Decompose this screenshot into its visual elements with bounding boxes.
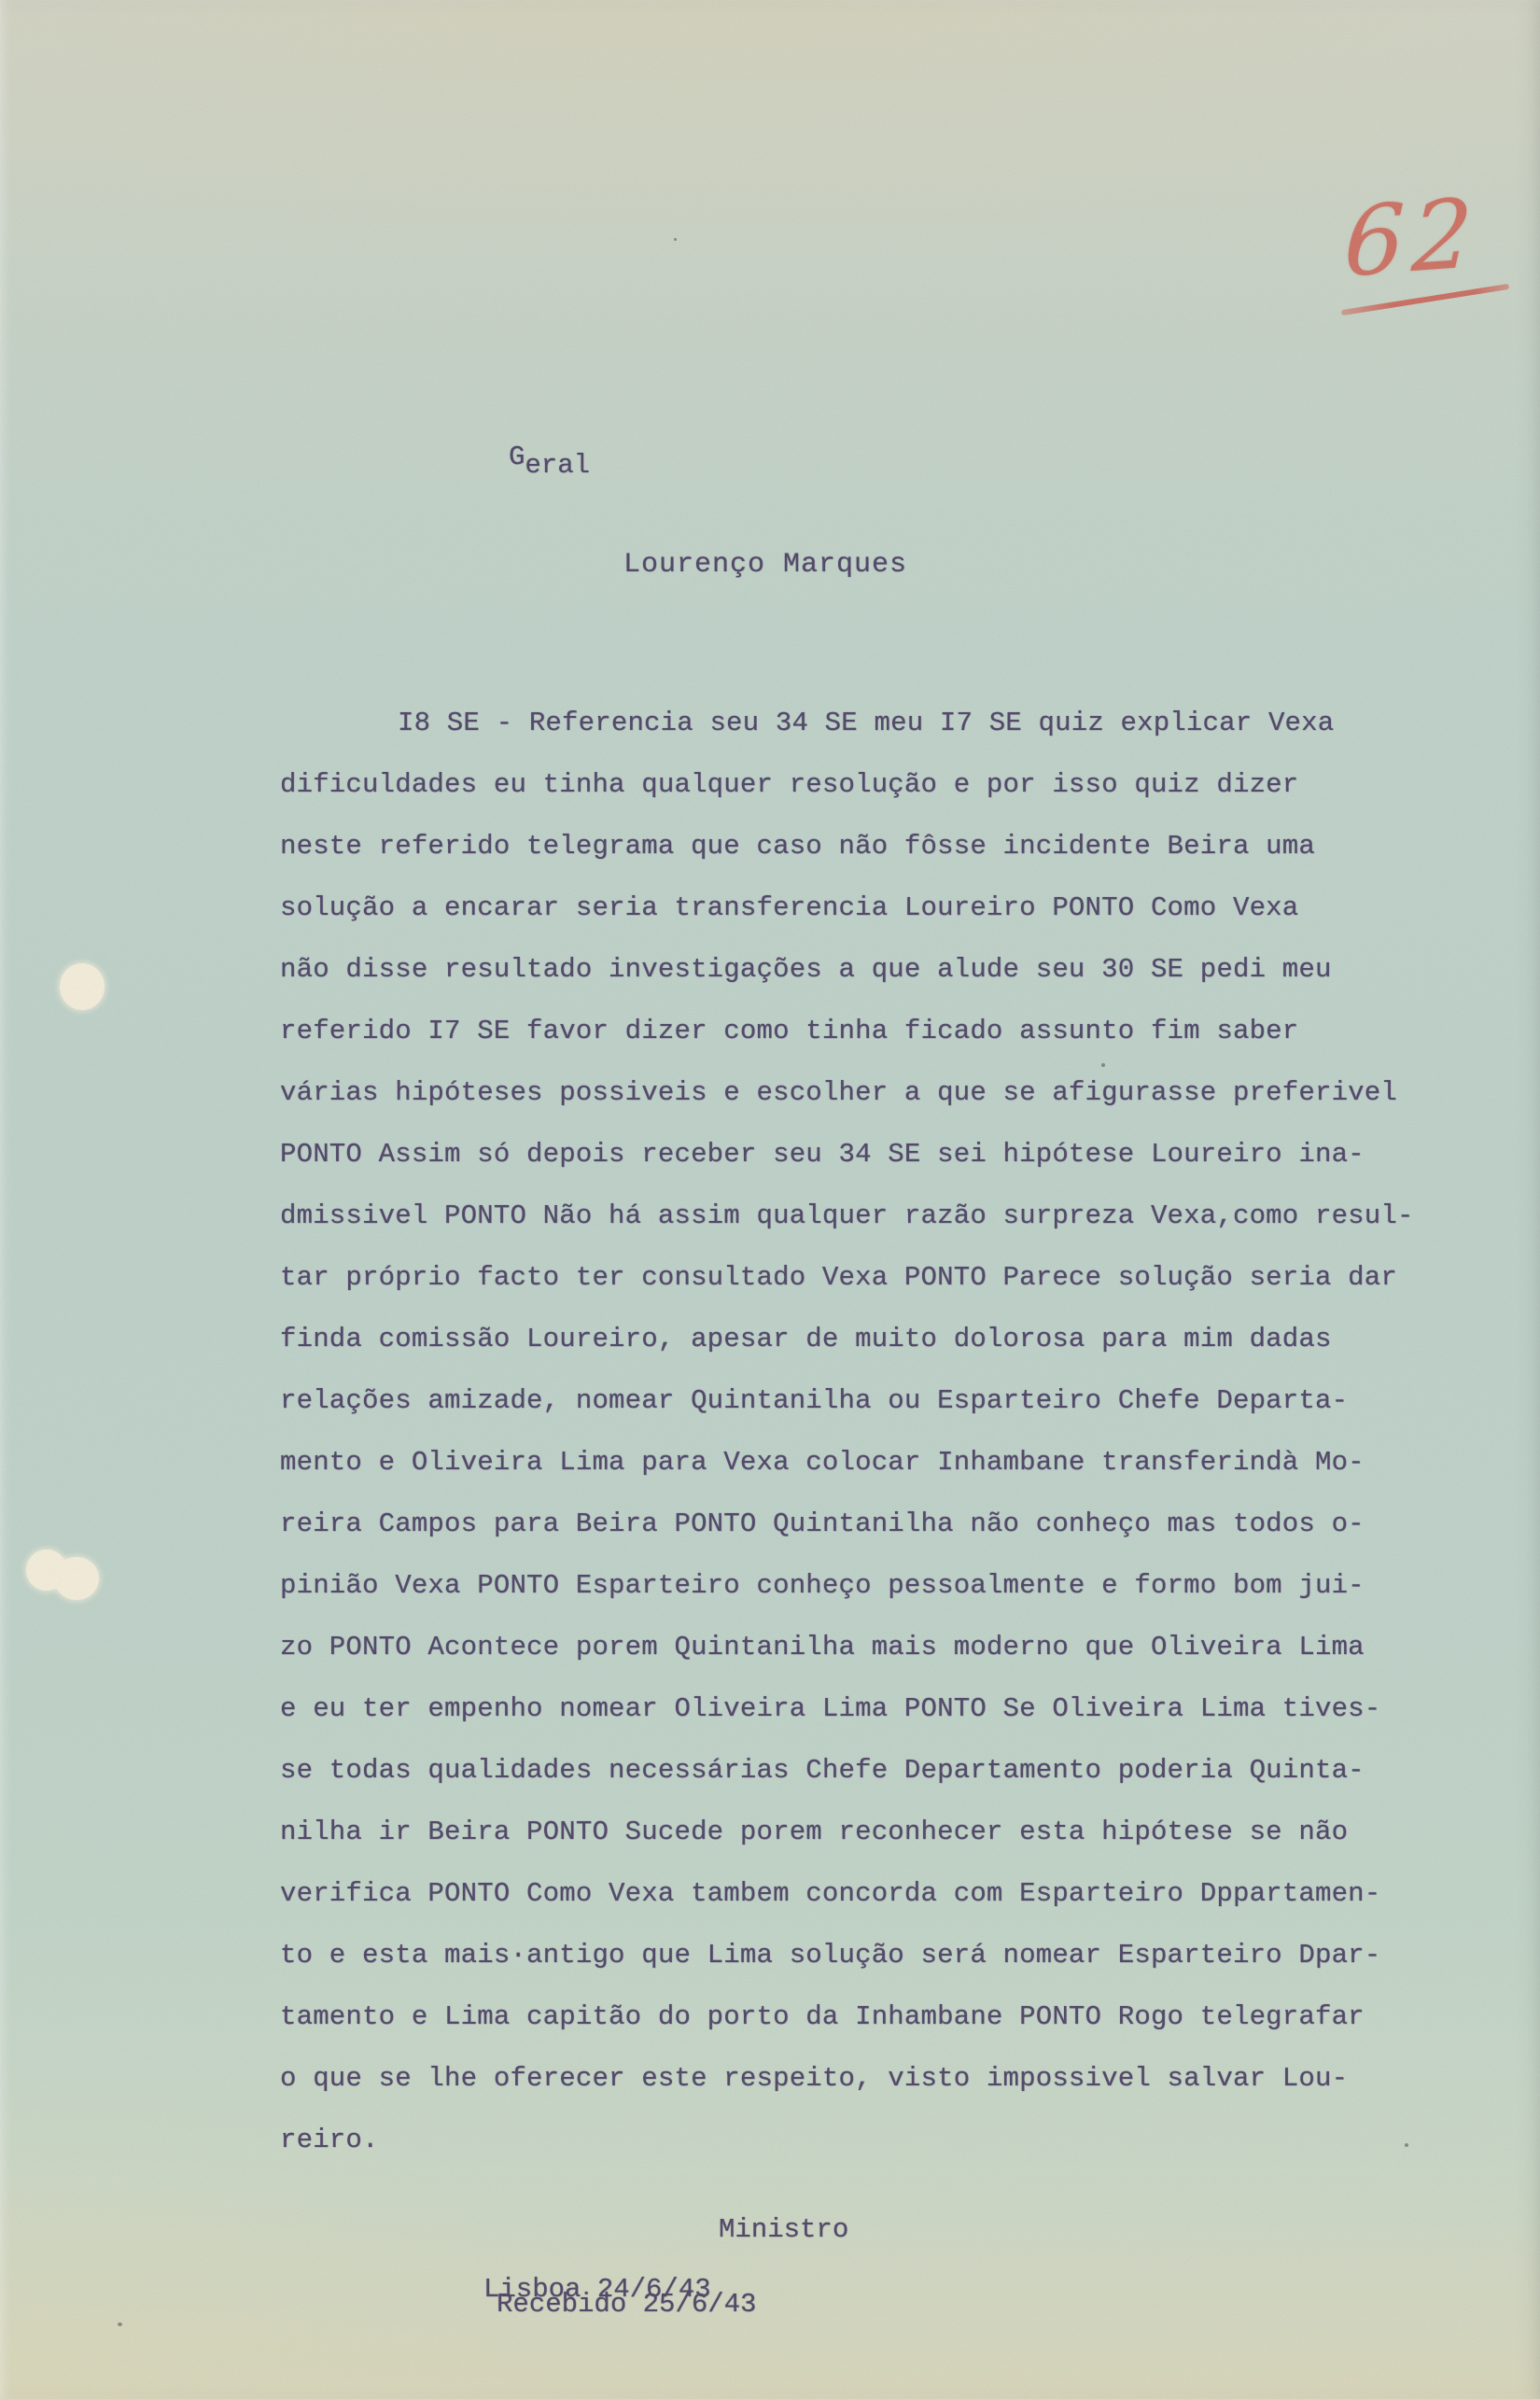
telegram-line: dmissivel PONTO Não há assim qualquer ra… — [280, 1185, 1414, 1247]
page-number-annotation: 62 — [1342, 178, 1482, 300]
paper-speck — [674, 238, 677, 241]
telegram-line: mento e Oliveira Lima para Vexa colocar … — [280, 1432, 1414, 1494]
category-rest: eral — [525, 450, 590, 481]
telegram-line: e eu ter empenho nomear Oliveira Lima PO… — [280, 1678, 1414, 1740]
telegram-line: to e esta mais·antigo que Lima solução s… — [280, 1925, 1414, 1986]
origin-place: Lourenço Marques — [623, 549, 907, 581]
telegram-line: referido I7 SE favor dizer como tinha fi… — [280, 1001, 1414, 1062]
telegram-line: pinião Vexa PONTO Esparteiro conheço pes… — [280, 1555, 1414, 1617]
telegram-line: verifica PONTO Como Vexa tambem concorda… — [280, 1863, 1414, 1925]
telegram-line: solução a encarar seria transferencia Lo… — [280, 877, 1414, 939]
paper-speck — [1405, 2143, 1408, 2147]
telegram-line: I8 SE - Referencia seu 34 SE meu I7 SE q… — [280, 693, 1414, 754]
date-received-line: Recebido 25/6/43 — [497, 2289, 756, 2320]
category-first-letter: G — [509, 442, 525, 472]
telegram-line: reiro. — [280, 2110, 1414, 2171]
telegram-line: nilha ir Beira PONTO Sucede porem reconh… — [280, 1802, 1414, 1863]
telegram-line: zo PONTO Acontece porem Quintanilha mais… — [280, 1617, 1414, 1678]
paper-speck — [118, 2322, 122, 2326]
punch-hole-top — [60, 963, 105, 1010]
telegram-line: não disse resultado investigações a que … — [280, 939, 1414, 1001]
telegram-line: relações amizade, nomear Quintanilha ou … — [280, 1370, 1414, 1432]
telegram-line: reira Campos para Beira PONTO Quintanilh… — [280, 1494, 1414, 1555]
telegram-line: finda comissão Loureiro, apesar de muito… — [280, 1309, 1414, 1370]
page-number-text: 62 — [1342, 178, 1482, 300]
telegram-body: I8 SE - Referencia seu 34 SE meu I7 SE q… — [280, 693, 1414, 2171]
category-label: Geral — [509, 450, 590, 481]
telegram-page: 62 Geral Lourenço Marques I8 SE - Refere… — [0, 0, 1540, 2399]
telegram-line: neste referido telegrama que caso não fô… — [280, 816, 1414, 877]
telegram-line: PONTO Assim só depois receber seu 34 SE … — [280, 1124, 1414, 1185]
telegram-line: se todas qualidades necessárias Chefe De… — [280, 1740, 1414, 1802]
telegram-line: tar próprio facto ter consultado Vexa PO… — [280, 1247, 1414, 1309]
telegram-line: dificuldades eu tinha qualquer resolução… — [280, 754, 1414, 816]
telegram-line: o que se lhe oferecer este respeito, vis… — [280, 2048, 1414, 2110]
signature-title: Ministro — [719, 2214, 848, 2245]
telegram-line: tamento e Lima capitão do porto da Inham… — [280, 1986, 1414, 2048]
punch-hole-bottom-b — [54, 1557, 99, 1600]
telegram-line: várias hipóteses possiveis e escolher a … — [280, 1062, 1414, 1124]
paper-speck — [1101, 1063, 1105, 1067]
